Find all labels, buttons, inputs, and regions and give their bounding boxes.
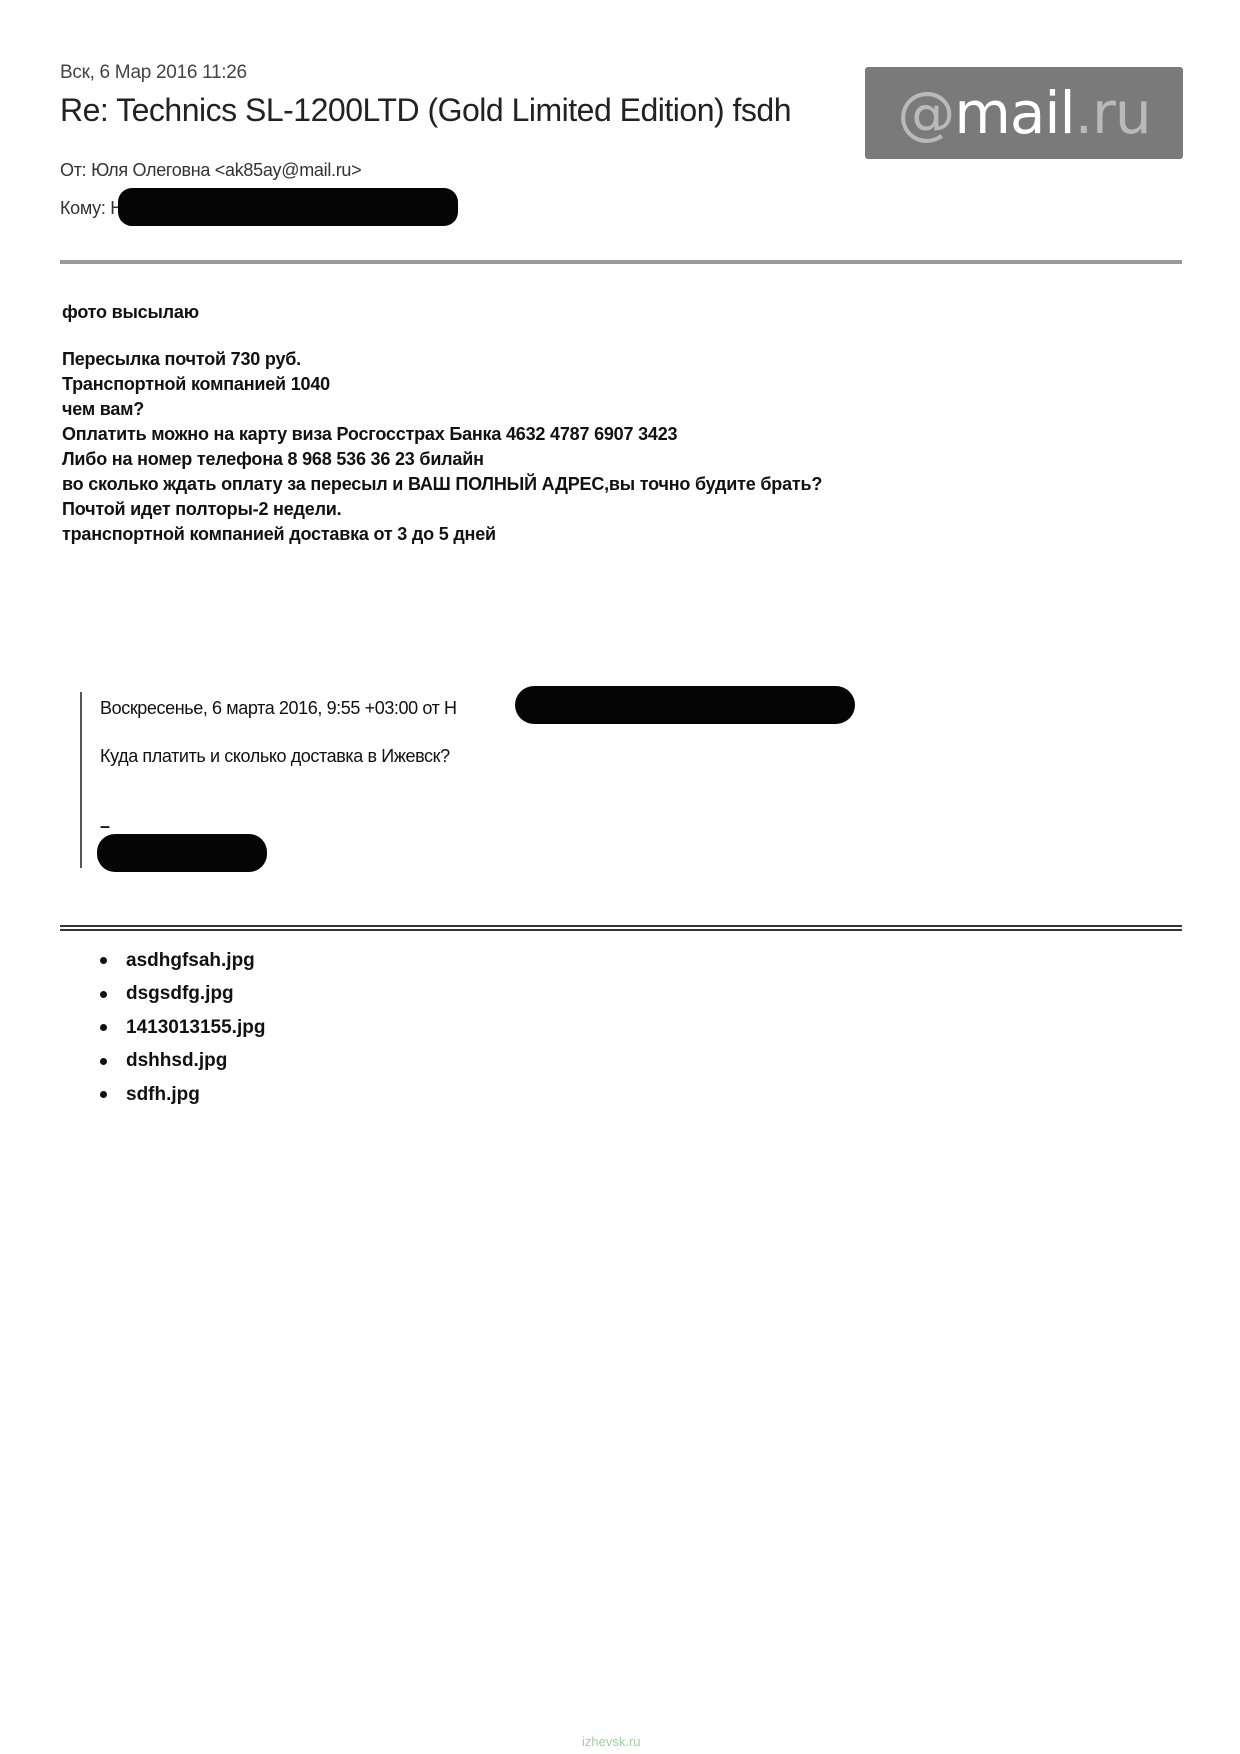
body-line: фото высылаю xyxy=(62,300,822,325)
body-line: Пересылка почтой 730 руб. xyxy=(62,347,822,372)
attachments-divider xyxy=(60,925,1182,931)
bullet-icon xyxy=(100,1024,107,1031)
redaction-quote-sender xyxy=(515,686,855,724)
email-date: Вск, 6 Мар 2016 11:26 xyxy=(60,62,247,84)
message-body: фото высылаю Пересылка почтой 730 руб. Т… xyxy=(62,300,822,547)
quote-signature-dash: – xyxy=(100,816,110,837)
at-icon: @ xyxy=(897,79,954,147)
bullet-icon xyxy=(100,1058,107,1065)
body-line: во сколько ждать оплату за пересыл и ВАШ… xyxy=(62,472,822,497)
body-line: Либо на номер телефона 8 968 536 36 23 б… xyxy=(62,447,822,472)
email-subject: Re: Technics SL-1200LTD (Gold Limited Ed… xyxy=(60,92,791,129)
attachment-item[interactable]: asdhgfsah.jpg xyxy=(100,944,265,978)
body-line: Почтой идет полторы-2 недели. xyxy=(62,497,822,522)
attachment-item[interactable]: 1413013155.jpg xyxy=(100,1011,265,1045)
header-divider xyxy=(60,260,1182,264)
from-label: От: xyxy=(60,160,86,180)
bullet-icon xyxy=(100,957,107,964)
attachment-item[interactable]: dshhsd.jpg xyxy=(100,1045,265,1079)
redaction-to xyxy=(118,188,458,226)
bullet-icon xyxy=(100,991,107,998)
from-value: Юля Олеговна <ak85ay@mail.ru> xyxy=(91,160,361,180)
mailru-logo: @mail.ru xyxy=(865,67,1183,159)
attachment-item[interactable]: dsgsdfg.jpg xyxy=(100,978,265,1012)
logo-text: @mail.ru xyxy=(897,79,1150,147)
body-line: чем вам? xyxy=(62,397,822,422)
body-line: Оплатить можно на карту виза Росгосстрах… xyxy=(62,422,822,447)
to-label: Кому: xyxy=(60,198,106,218)
bullet-icon xyxy=(100,1091,107,1098)
watermark: izhevsk.ru xyxy=(582,1734,641,1749)
redaction-signature xyxy=(97,834,267,872)
body-line: транспортной компанией доставка от 3 до … xyxy=(62,522,822,547)
from-line: От: Юля Олеговна <ak85ay@mail.ru> xyxy=(60,160,361,181)
attachment-item[interactable]: sdfh.jpg xyxy=(100,1078,265,1112)
body-line: Транспортной компанией 1040 xyxy=(62,372,822,397)
attachment-list: asdhgfsah.jpg dsgsdfg.jpg 1413013155.jpg… xyxy=(100,944,265,1112)
quote-message: Куда платить и сколько доставка в Ижевск… xyxy=(100,746,450,767)
